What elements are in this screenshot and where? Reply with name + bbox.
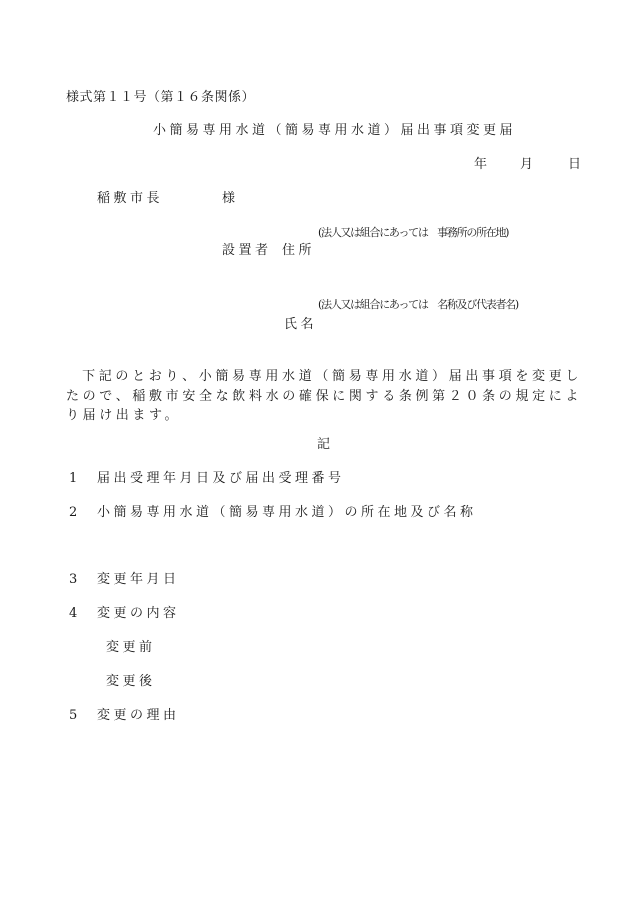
- address-label: 住所: [282, 243, 315, 259]
- name-label: 氏名: [284, 317, 317, 333]
- item-label: 変更の理由: [97, 708, 180, 724]
- date-year-label: 年: [474, 157, 487, 173]
- item-number: 4: [69, 606, 77, 622]
- item-number: 3: [69, 572, 77, 588]
- ki-heading: 記: [317, 437, 330, 453]
- addressee-honorific: 様: [222, 191, 235, 207]
- addressee-name: 稲敷市長: [97, 191, 163, 207]
- name-note: (法人又は組合にあっては 名称及び代表者名): [318, 297, 518, 313]
- item-label: 小簡易専用水道（簡易専用水道）の所在地及び名称: [97, 505, 477, 521]
- item-number: 2: [69, 505, 77, 521]
- item-label: 変更の内容: [97, 606, 180, 622]
- address-note: (法人又は組合にあっては 事務所の所在地): [318, 225, 508, 241]
- date-day-label: 日: [568, 157, 581, 173]
- item-label: 変更年月日: [97, 572, 180, 588]
- item-number: 1: [69, 471, 77, 487]
- body-paragraph: 下記のとおり、小簡易専用水道（簡易専用水道）届出事項を変更したので、稲敷市安全な…: [66, 367, 582, 426]
- date-month-label: 月: [520, 157, 533, 173]
- form-number: 様式第１１号（第１６条関係）: [66, 90, 255, 106]
- applicant-role-label: 設置者: [222, 243, 272, 259]
- document-title: 小簡易専用水道（簡易専用水道）届出事項変更届: [153, 123, 516, 139]
- body-text: 下記のとおり、小簡易専用水道（簡易専用水道）届出事項を変更したので、稲敷市安全な…: [66, 369, 582, 423]
- change-after-label: 変更後: [106, 674, 156, 690]
- item-number: 5: [69, 708, 77, 724]
- item-label: 届出受理年月日及び届出受理番号: [97, 471, 345, 487]
- change-before-label: 変更前: [106, 640, 156, 656]
